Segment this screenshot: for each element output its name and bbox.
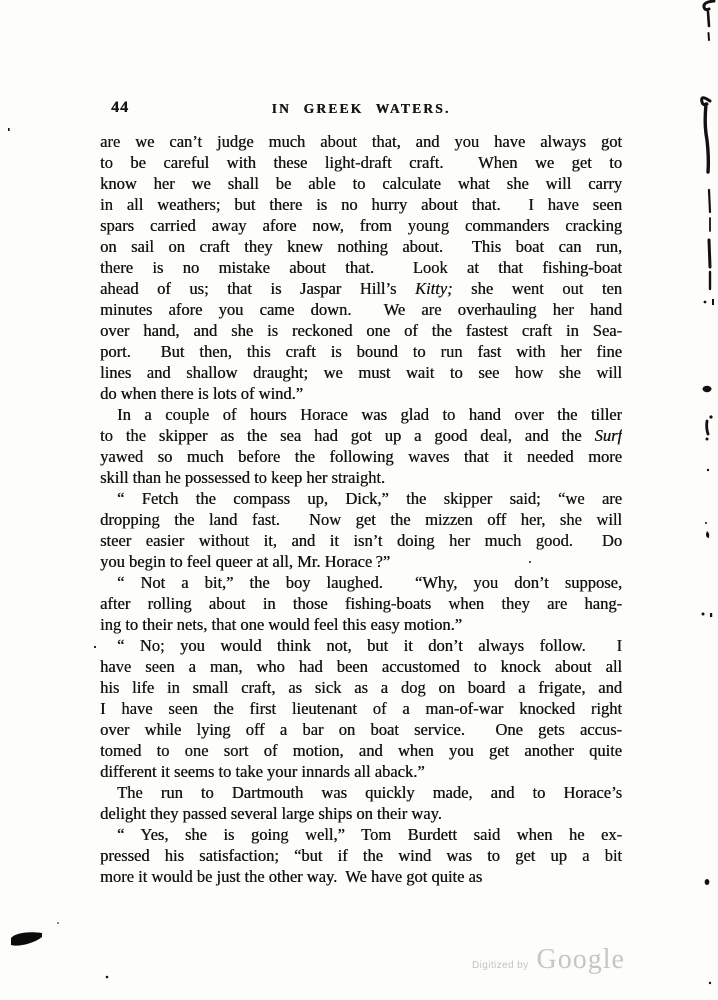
text-line: to be careful with these light-draft cra…	[100, 152, 622, 173]
text-segment: are we can’t judge much about that, and …	[100, 132, 622, 151]
text-segment: his life in small craft, as sick as a do…	[100, 678, 622, 697]
text-segment: to the skipper as the sea had got up a g…	[100, 426, 594, 445]
text-line: different it seems to take your innards …	[100, 761, 622, 782]
scan-artifact	[706, 438, 709, 441]
paragraph: “ No; you would think not, but it don’t …	[100, 635, 622, 782]
text-segment: dropping the land fast. Now get the mizz…	[100, 510, 622, 529]
text-line: over hand, and she is reckoned one of th…	[100, 320, 622, 341]
scan-artifact	[707, 469, 709, 471]
text-segment: “ Yes, she is going well,” Tom Burdett s…	[117, 825, 622, 844]
text-segment: you begin to feel queer at all, Mr. Hora…	[100, 552, 390, 571]
text-segment: she went out ten	[453, 279, 622, 298]
scan-artifact	[705, 104, 708, 172]
paragraph: are we can’t judge much about that, and …	[100, 131, 622, 404]
text-line: skill than he possessed to keep her stra…	[100, 467, 622, 488]
paragraph: “ Yes, she is going well,” Tom Burdett s…	[100, 824, 622, 887]
text-segment: lines and shallow draught; we must wait …	[100, 363, 622, 382]
scan-artifact	[709, 240, 710, 267]
text-segment: tomed to one sort of motion, and when yo…	[100, 741, 622, 760]
text-segment: In a couple of hours Horace was glad to …	[117, 405, 622, 424]
text-line: delight they passed several large ships …	[100, 803, 622, 824]
scan-artifact	[705, 522, 707, 524]
text-line: “ Fetch the compass up, Dick,” the skipp…	[100, 488, 622, 509]
text-segment: minutes afore you came down. We are over…	[100, 300, 622, 319]
text-line: tomed to one sort of motion, and when yo…	[100, 740, 622, 761]
text-segment: on sail on craft they knew nothing about…	[100, 237, 622, 256]
text-line: pressed his satisfaction; “but if the wi…	[100, 845, 622, 866]
text-segment: “ Fetch the compass up, Dick,” the skipp…	[117, 489, 622, 508]
scan-artifact	[706, 531, 709, 538]
scan-artifact	[710, 613, 712, 617]
scan-artifact	[702, 613, 705, 616]
text-block: are we can’t judge much about that, and …	[100, 131, 622, 887]
text-line: In a couple of hours Horace was glad to …	[100, 404, 622, 425]
scan-artifact	[704, 1, 714, 10]
scan-artifact	[709, 982, 711, 984]
scan-artifact	[705, 879, 710, 885]
scan-artifact	[57, 922, 59, 924]
text-line: “ No; you would think not, but it don’t …	[100, 635, 622, 656]
paragraph: The run to Dartmouth was quickly made, a…	[100, 782, 622, 824]
text-segment: over hand, and she is reckoned one of th…	[100, 321, 622, 340]
text-line: over while lying off a bar on boat servi…	[100, 719, 622, 740]
scan-artifact	[94, 646, 96, 648]
text-segment: “ No; you would think not, but it don’t …	[117, 636, 622, 655]
scan-artifact	[8, 128, 10, 131]
paragraph: In a couple of hours Horace was glad to …	[100, 404, 622, 488]
text-line: spars carried away afore now, from young…	[100, 215, 622, 236]
text-line: The run to Dartmouth was quickly made, a…	[100, 782, 622, 803]
scanned-book-page: { "header": { "page_number": "44", "titl…	[0, 0, 718, 1000]
scan-artifact	[707, 421, 708, 434]
text-line: yawed so much before the following waves…	[100, 446, 622, 467]
text-segment: ing to their nets, that one would feel t…	[100, 615, 462, 634]
text-segment: spars carried away afore now, from young…	[100, 216, 622, 235]
scan-artifact	[712, 299, 714, 305]
running-title: IN GREEK WATERS.	[100, 101, 622, 117]
text-segment: steer easier without it, and it isn’t do…	[100, 531, 622, 550]
text-segment: yawed so much before the following waves…	[100, 447, 622, 466]
text-segment: skill than he possessed to keep her stra…	[100, 468, 385, 487]
scan-artifact	[708, 12, 709, 26]
paragraph: “ Fetch the compass up, Dick,” the skipp…	[100, 488, 622, 572]
text-line: have seen a man, who had been accustomed…	[100, 656, 622, 677]
scan-artifact	[709, 190, 710, 212]
scan-artifact	[703, 386, 712, 392]
italic-text: Kitty;	[415, 279, 453, 298]
text-segment: different it seems to take your innards …	[100, 762, 425, 781]
text-segment: have seen a man, who had been accustomed…	[100, 657, 622, 676]
scan-artifact	[704, 301, 707, 304]
digitized-by-label: Digitized by	[472, 960, 529, 971]
text-segment: “ Not a bit,” the boy laughed. “Why, you…	[117, 573, 622, 592]
text-line: know her we shall be able to calculate w…	[100, 173, 622, 194]
google-logo: Google	[537, 944, 625, 976]
text-segment: The run to Dartmouth was quickly made, a…	[117, 783, 622, 802]
text-line: do when there is lots of wind.”	[100, 383, 622, 404]
text-segment: pressed his satisfaction; “but if the wi…	[100, 846, 622, 865]
text-line: steer easier without it, and it isn’t do…	[100, 530, 622, 551]
text-line: his life in small craft, as sick as a do…	[100, 677, 622, 698]
text-line: you begin to feel queer at all, Mr. Hora…	[100, 551, 622, 572]
page-header: 44 IN GREEK WATERS.	[100, 99, 622, 121]
watermark: Digitized by Google	[472, 944, 625, 976]
scan-artifact	[702, 98, 710, 105]
text-line: on sail on craft they knew nothing about…	[100, 236, 622, 257]
text-segment: over while lying off a bar on boat servi…	[100, 720, 622, 739]
scan-artifact	[709, 415, 712, 418]
scan-artifact	[106, 976, 109, 979]
text-segment: after rolling about in those fishing-boa…	[100, 594, 622, 613]
text-line: “ Yes, she is going well,” Tom Burdett s…	[100, 824, 622, 845]
text-line: “ Not a bit,” the boy laughed. “Why, you…	[100, 572, 622, 593]
paragraph: “ Not a bit,” the boy laughed. “Why, you…	[100, 572, 622, 635]
text-line: there is no mistake about that. Look at …	[100, 257, 622, 278]
text-line: lines and shallow draught; we must wait …	[100, 362, 622, 383]
text-line: in all weathers; but there is no hurry a…	[100, 194, 622, 215]
text-segment: in all weathers; but there is no hurry a…	[100, 195, 622, 214]
text-line: port. But then, this craft is bound to r…	[100, 341, 622, 362]
text-line: ahead of us; that is Jaspar Hill’s Kitty…	[100, 278, 622, 299]
text-line: are we can’t judge much about that, and …	[100, 131, 622, 152]
text-segment: to be careful with these light-draft cra…	[100, 153, 622, 172]
text-segment: port. But then, this craft is bound to r…	[100, 342, 622, 361]
text-line: ing to their nets, that one would feel t…	[100, 614, 622, 635]
text-line: to the skipper as the sea had got up a g…	[100, 425, 622, 446]
italic-text: Surf	[594, 426, 622, 445]
text-line: dropping the land fast. Now get the mizz…	[100, 509, 622, 530]
text-segment: ahead of us; that is Jaspar Hill’s	[100, 279, 415, 298]
text-line: more it would be just the other way. We …	[100, 866, 622, 887]
text-segment: I have seen the first lieutenant of a ma…	[100, 699, 622, 718]
scan-artifact	[709, 33, 710, 40]
text-segment: more it would be just the other way. We …	[100, 867, 482, 886]
text-segment: delight they passed several large ships …	[100, 804, 442, 823]
text-line: after rolling about in those fishing-boa…	[100, 593, 622, 614]
text-line: I have seen the first lieutenant of a ma…	[100, 698, 622, 719]
text-line: minutes afore you came down. We are over…	[100, 299, 622, 320]
ink-wedge-artifact	[11, 932, 42, 945]
text-segment: do when there is lots of wind.”	[100, 384, 303, 403]
text-segment: know her we shall be able to calculate w…	[100, 174, 622, 193]
text-segment: there is no mistake about that. Look at …	[100, 258, 622, 277]
